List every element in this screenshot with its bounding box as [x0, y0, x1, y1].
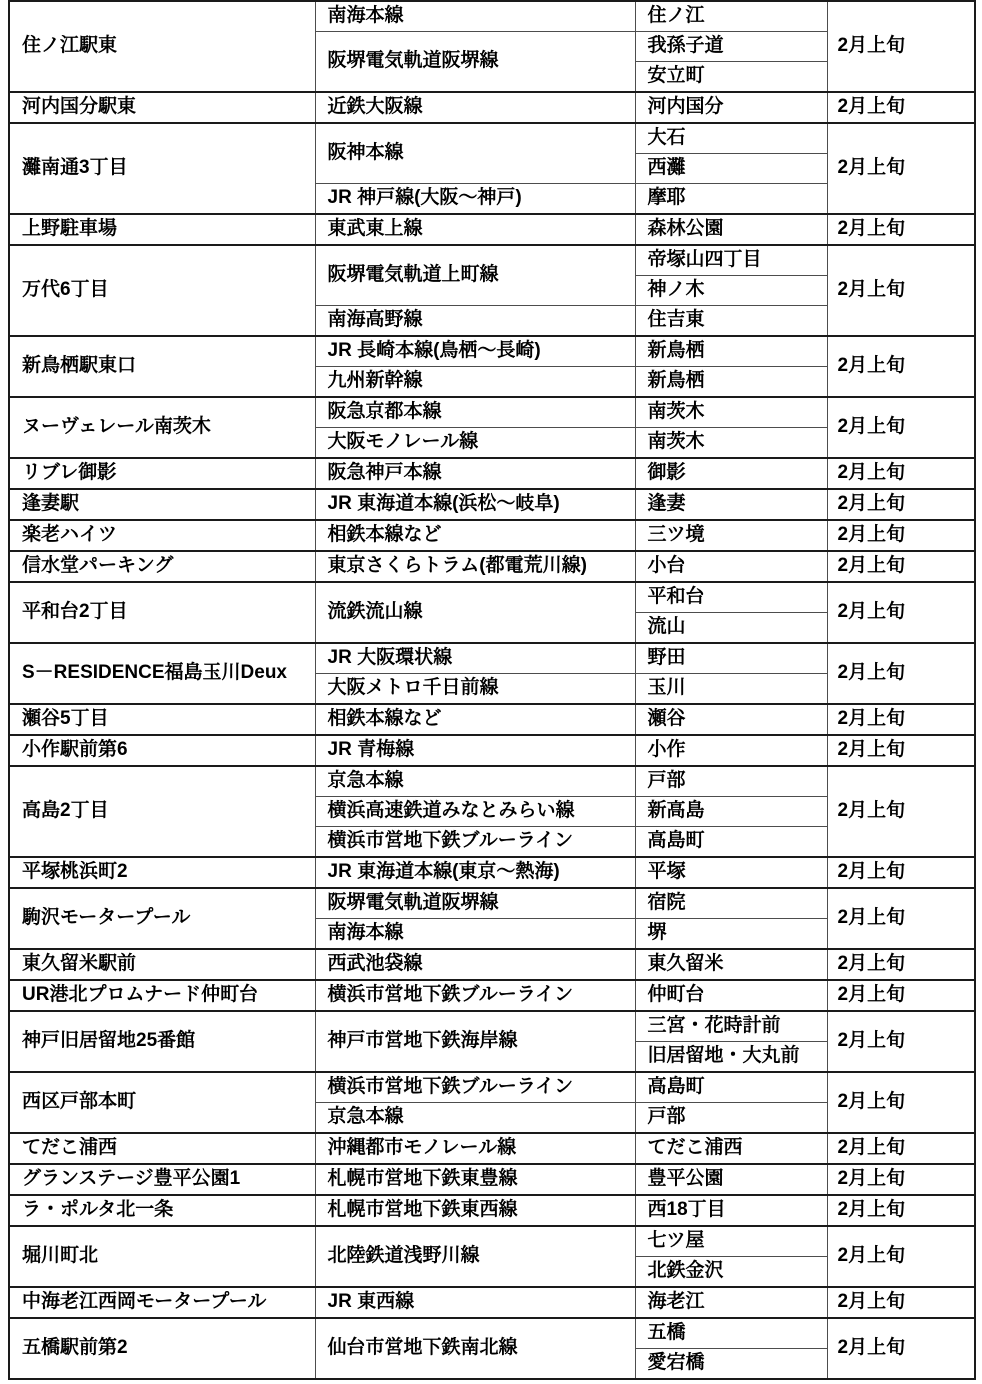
station-cell: 平塚 [635, 857, 827, 888]
rail-line-cell: 近鉄大阪線 [315, 92, 635, 123]
availability-date-cell: 2月上旬 [827, 1133, 975, 1164]
rail-line-cell: 沖縄都市モノレール線 [315, 1133, 635, 1164]
station-cell: 西18丁目 [635, 1195, 827, 1226]
table-row: 信水堂パーキング東京さくらトラム(都電荒川線)小台2月上旬 [9, 551, 975, 582]
station-cell: 高島町 [635, 1072, 827, 1103]
rail-line-cell: 北陸鉄道浅野川線 [315, 1226, 635, 1287]
station-cell: 西灘 [635, 154, 827, 184]
table-row: ラ・ポルタ北一条札幌市営地下鉄東西線西18丁目2月上旬 [9, 1195, 975, 1226]
site-name-cell: てだこ浦西 [9, 1133, 315, 1164]
station-cell: 仲町台 [635, 980, 827, 1011]
station-cell: 三ツ境 [635, 520, 827, 551]
site-name-cell: S－RESIDENCE福島玉川Deux [9, 643, 315, 704]
rail-line-cell: 札幌市営地下鉄東豊線 [315, 1164, 635, 1195]
table-row: 平塚桃浜町2JR 東海道本線(東京〜熱海)平塚2月上旬 [9, 857, 975, 888]
table-row: 上野駐車場東武東上線森林公園2月上旬 [9, 214, 975, 245]
rail-line-cell: 南海本線 [315, 1, 635, 32]
availability-date-cell: 2月上旬 [827, 1011, 975, 1072]
availability-date-cell: 2月上旬 [827, 1164, 975, 1195]
site-name-cell: 東久留米駅前 [9, 949, 315, 980]
station-cell: 愛宕橋 [635, 1349, 827, 1380]
station-cell: 野田 [635, 643, 827, 674]
availability-date-cell: 2月上旬 [827, 1195, 975, 1226]
station-cell: 住ノ江 [635, 1, 827, 32]
listings-table: 住ノ江駅東南海本線住ノ江2月上旬阪堺電気軌道阪堺線我孫子道安立町河内国分駅東近鉄… [8, 0, 976, 1380]
station-cell: 安立町 [635, 62, 827, 93]
availability-date-cell: 2月上旬 [827, 92, 975, 123]
availability-date-cell: 2月上旬 [827, 888, 975, 949]
rail-line-cell: 京急本線 [315, 766, 635, 797]
table-row: 万代6丁目阪堺電気軌道上町線帝塚山四丁目2月上旬 [9, 245, 975, 276]
site-name-cell: リブレ御影 [9, 458, 315, 489]
rail-line-cell: 相鉄本線など [315, 520, 635, 551]
table-row: てだこ浦西沖縄都市モノレール線てだこ浦西2月上旬 [9, 1133, 975, 1164]
station-cell: 摩耶 [635, 184, 827, 215]
station-cell: 帝塚山四丁目 [635, 245, 827, 276]
availability-date-cell: 2月上旬 [827, 458, 975, 489]
site-name-cell: 小作駅前第6 [9, 735, 315, 766]
rail-line-cell: JR 東海道本線(浜松〜岐阜) [315, 489, 635, 520]
rail-line-cell: 横浜高速鉄道みなとみらい線 [315, 797, 635, 827]
availability-date-cell: 2月上旬 [827, 949, 975, 980]
table-row: 小作駅前第6JR 青梅線小作2月上旬 [9, 735, 975, 766]
rail-line-cell: 横浜市営地下鉄ブルーライン [315, 980, 635, 1011]
availability-date-cell: 2月上旬 [827, 980, 975, 1011]
site-name-cell: 河内国分駅東 [9, 92, 315, 123]
table-row: 中海老江西岡モータープールJR 東西線海老江2月上旬 [9, 1287, 975, 1318]
table-row: UR港北プロムナード仲町台横浜市営地下鉄ブルーライン仲町台2月上旬 [9, 980, 975, 1011]
station-cell: 五橋 [635, 1318, 827, 1349]
station-cell: 高島町 [635, 827, 827, 858]
rail-line-cell: 相鉄本線など [315, 704, 635, 735]
rail-line-cell: 札幌市営地下鉄東西線 [315, 1195, 635, 1226]
site-name-cell: 灘南通3丁目 [9, 123, 315, 214]
rail-line-cell: JR 青梅線 [315, 735, 635, 766]
rail-line-cell: 西武池袋線 [315, 949, 635, 980]
site-name-cell: グランステージ豊平公園1 [9, 1164, 315, 1195]
availability-date-cell: 2月上旬 [827, 735, 975, 766]
site-name-cell: UR港北プロムナード仲町台 [9, 980, 315, 1011]
availability-date-cell: 2月上旬 [827, 766, 975, 857]
station-cell: 戸部 [635, 1103, 827, 1134]
site-name-cell: 楽老ハイツ [9, 520, 315, 551]
availability-date-cell: 2月上旬 [827, 489, 975, 520]
station-cell: 瀬谷 [635, 704, 827, 735]
station-cell: 新高島 [635, 797, 827, 827]
station-cell: 玉川 [635, 674, 827, 705]
rail-line-cell: 阪堺電気軌道阪堺線 [315, 32, 635, 93]
availability-date-cell: 2月上旬 [827, 214, 975, 245]
table-row: 神戸旧居留地25番館神戸市営地下鉄海岸線三宮・花時計前2月上旬 [9, 1011, 975, 1042]
station-cell: 小台 [635, 551, 827, 582]
station-cell: 堺 [635, 919, 827, 950]
station-cell: 住吉東 [635, 306, 827, 337]
rail-line-cell: JR 大阪環状線 [315, 643, 635, 674]
table-row: リブレ御影阪急神戸本線御影2月上旬 [9, 458, 975, 489]
rail-line-cell: 九州新幹線 [315, 367, 635, 398]
station-cell: 戸部 [635, 766, 827, 797]
table-row: 河内国分駅東近鉄大阪線河内国分2月上旬 [9, 92, 975, 123]
availability-date-cell: 2月上旬 [827, 857, 975, 888]
station-cell: 神ノ木 [635, 276, 827, 306]
rail-line-cell: 南海高野線 [315, 306, 635, 337]
station-cell: 新鳥栖 [635, 367, 827, 398]
table-row: 五橋駅前第2仙台市営地下鉄南北線五橋2月上旬 [9, 1318, 975, 1349]
station-cell: 南茨木 [635, 428, 827, 459]
table-row: 高島2丁目京急本線戸部2月上旬 [9, 766, 975, 797]
rail-line-cell: JR 長崎本線(鳥栖〜長崎) [315, 336, 635, 367]
table-row: ヌーヴェレール南茨木阪急京都本線南茨木2月上旬 [9, 397, 975, 428]
station-cell: 逢妻 [635, 489, 827, 520]
station-cell: 海老江 [635, 1287, 827, 1318]
rail-line-cell: JR 神戸線(大阪〜神戸) [315, 184, 635, 215]
station-cell: 小作 [635, 735, 827, 766]
table-row: 駒沢モータープール阪堺電気軌道阪堺線宿院2月上旬 [9, 888, 975, 919]
table-row: 逢妻駅JR 東海道本線(浜松〜岐阜)逢妻2月上旬 [9, 489, 975, 520]
site-name-cell: 新鳥栖駅東口 [9, 336, 315, 397]
page: 住ノ江駅東南海本線住ノ江2月上旬阪堺電気軌道阪堺線我孫子道安立町河内国分駅東近鉄… [0, 0, 982, 1384]
site-name-cell: 駒沢モータープール [9, 888, 315, 949]
station-cell: 旧居留地・大丸前 [635, 1042, 827, 1073]
rail-line-cell: JR 東西線 [315, 1287, 635, 1318]
site-name-cell: 西区戸部本町 [9, 1072, 315, 1133]
availability-date-cell: 2月上旬 [827, 336, 975, 397]
site-name-cell: 五橋駅前第2 [9, 1318, 315, 1379]
station-cell: 大石 [635, 123, 827, 154]
rail-line-cell: 大阪モノレール線 [315, 428, 635, 459]
rail-line-cell: 阪神本線 [315, 123, 635, 184]
station-cell: 新鳥栖 [635, 336, 827, 367]
site-name-cell: 上野駐車場 [9, 214, 315, 245]
availability-date-cell: 2月上旬 [827, 397, 975, 458]
table-row: 住ノ江駅東南海本線住ノ江2月上旬 [9, 1, 975, 32]
availability-date-cell: 2月上旬 [827, 1318, 975, 1379]
availability-date-cell: 2月上旬 [827, 520, 975, 551]
table-row: 西区戸部本町横浜市営地下鉄ブルーライン高島町2月上旬 [9, 1072, 975, 1103]
rail-line-cell: 阪堺電気軌道阪堺線 [315, 888, 635, 919]
site-name-cell: 中海老江西岡モータープール [9, 1287, 315, 1318]
table-row: グランステージ豊平公園1札幌市営地下鉄東豊線豊平公園2月上旬 [9, 1164, 975, 1195]
rail-line-cell: 東武東上線 [315, 214, 635, 245]
table-row: 平和台2丁目流鉄流山線平和台2月上旬 [9, 582, 975, 613]
station-cell: 平和台 [635, 582, 827, 613]
site-name-cell: 平和台2丁目 [9, 582, 315, 643]
table-row: 楽老ハイツ相鉄本線など三ツ境2月上旬 [9, 520, 975, 551]
station-cell: 七ツ屋 [635, 1226, 827, 1257]
station-cell: 我孫子道 [635, 32, 827, 62]
table-row: S－RESIDENCE福島玉川DeuxJR 大阪環状線野田2月上旬 [9, 643, 975, 674]
availability-date-cell: 2月上旬 [827, 551, 975, 582]
rail-line-cell: 阪急神戸本線 [315, 458, 635, 489]
rail-line-cell: 神戸市営地下鉄海岸線 [315, 1011, 635, 1072]
listings-table-body: 住ノ江駅東南海本線住ノ江2月上旬阪堺電気軌道阪堺線我孫子道安立町河内国分駅東近鉄… [9, 1, 975, 1379]
availability-date-cell: 2月上旬 [827, 582, 975, 643]
rail-line-cell: 横浜市営地下鉄ブルーライン [315, 1072, 635, 1103]
rail-line-cell: 横浜市営地下鉄ブルーライン [315, 827, 635, 858]
rail-line-cell: 阪急京都本線 [315, 397, 635, 428]
site-name-cell: 神戸旧居留地25番館 [9, 1011, 315, 1072]
availability-date-cell: 2月上旬 [827, 1, 975, 92]
station-cell: 南茨木 [635, 397, 827, 428]
rail-line-cell: 東京さくらトラム(都電荒川線) [315, 551, 635, 582]
rail-line-cell: 京急本線 [315, 1103, 635, 1134]
site-name-cell: 高島2丁目 [9, 766, 315, 857]
station-cell: 森林公園 [635, 214, 827, 245]
site-name-cell: 信水堂パーキング [9, 551, 315, 582]
station-cell: 宿院 [635, 888, 827, 919]
availability-date-cell: 2月上旬 [827, 643, 975, 704]
station-cell: 豊平公園 [635, 1164, 827, 1195]
availability-date-cell: 2月上旬 [827, 1226, 975, 1287]
site-name-cell: 瀬谷5丁目 [9, 704, 315, 735]
availability-date-cell: 2月上旬 [827, 1287, 975, 1318]
station-cell: 東久留米 [635, 949, 827, 980]
table-row: 新鳥栖駅東口JR 長崎本線(鳥栖〜長崎)新鳥栖2月上旬 [9, 336, 975, 367]
site-name-cell: 万代6丁目 [9, 245, 315, 336]
station-cell: 河内国分 [635, 92, 827, 123]
site-name-cell: 堀川町北 [9, 1226, 315, 1287]
availability-date-cell: 2月上旬 [827, 704, 975, 735]
site-name-cell: 逢妻駅 [9, 489, 315, 520]
availability-date-cell: 2月上旬 [827, 123, 975, 214]
availability-date-cell: 2月上旬 [827, 245, 975, 336]
table-row: 瀬谷5丁目相鉄本線など瀬谷2月上旬 [9, 704, 975, 735]
rail-line-cell: 仙台市営地下鉄南北線 [315, 1318, 635, 1379]
station-cell: 流山 [635, 613, 827, 644]
table-row: 灘南通3丁目阪神本線大石2月上旬 [9, 123, 975, 154]
rail-line-cell: JR 東海道本線(東京〜熱海) [315, 857, 635, 888]
site-name-cell: ラ・ポルタ北一条 [9, 1195, 315, 1226]
rail-line-cell: 大阪メトロ千日前線 [315, 674, 635, 705]
site-name-cell: ヌーヴェレール南茨木 [9, 397, 315, 458]
rail-line-cell: 阪堺電気軌道上町線 [315, 245, 635, 306]
rail-line-cell: 南海本線 [315, 919, 635, 950]
station-cell: 北鉄金沢 [635, 1257, 827, 1288]
rail-line-cell: 流鉄流山線 [315, 582, 635, 643]
table-row: 堀川町北北陸鉄道浅野川線七ツ屋2月上旬 [9, 1226, 975, 1257]
station-cell: てだこ浦西 [635, 1133, 827, 1164]
station-cell: 御影 [635, 458, 827, 489]
site-name-cell: 住ノ江駅東 [9, 1, 315, 92]
table-row: 東久留米駅前西武池袋線東久留米2月上旬 [9, 949, 975, 980]
site-name-cell: 平塚桃浜町2 [9, 857, 315, 888]
station-cell: 三宮・花時計前 [635, 1011, 827, 1042]
availability-date-cell: 2月上旬 [827, 1072, 975, 1133]
